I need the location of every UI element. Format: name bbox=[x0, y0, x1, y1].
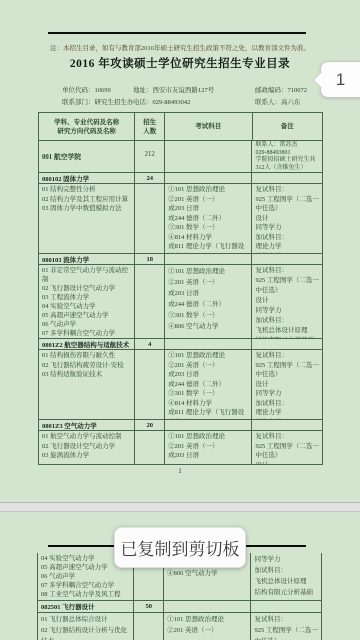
major-detail-airworthiness: 01 结构损伤容限与耐久性 02 飞行器结构疲劳设计·安检 03 结构适航验证技… bbox=[39, 350, 322, 420]
page-number: 1 bbox=[0, 467, 360, 475]
document-note: 注：本招生目录，如有与教育部2016年硕士研究生招生政策不符之处，以教育部文件为… bbox=[0, 43, 360, 52]
research-directions: 01 飞行器总体综合设计 02 飞行器结构设计分析与优化 技术 bbox=[38, 613, 134, 640]
major-name: 080103 流体力学 bbox=[39, 254, 135, 264]
header-count-col: 招生 人数 bbox=[135, 113, 165, 140]
header-count-line1: 招生 bbox=[135, 118, 164, 127]
header-remark-col: 备注 bbox=[253, 113, 323, 140]
research-directions: 01 结构损伤容限与耐久性 02 飞行器结构疲劳设计·安检 03 结构适航验证技… bbox=[39, 350, 135, 419]
exam-subjects: ①101 思想政治理论 ②201 英语（一） 或203 日语 或244 德语（二… bbox=[165, 265, 252, 338]
research-directions: 01 非定常空气动力学与流动控制 02 飞行器设计空气动力学 03 工程流体力学… bbox=[39, 265, 135, 338]
major-name: 082501 飞行器设计 bbox=[38, 601, 134, 612]
major-detail-aircraft-design: 01 飞行器总体综合设计 02 飞行器结构设计分析与优化 技术 ①101 思想政… bbox=[38, 613, 321, 640]
major-detail-fluid-mechanics: 01 非定常空气动力学与流动控制 02 飞行器设计空气动力学 03 工程流体力学… bbox=[39, 265, 322, 339]
research-directions: 01 结构完整性分析 02 结构力学及其工程应用计算 03 固体力学中数值模拟方… bbox=[39, 184, 135, 253]
major-row-fluid-mechanics: 080103 流体力学 18 bbox=[39, 254, 322, 265]
header-subject-line1: 学科、专业代码及名称 bbox=[39, 118, 134, 127]
major-name: 0801Z2 航空器结构与适航技术 bbox=[39, 339, 135, 349]
document-page-1[interactable]: 注：本招生目录，如有与教育部2016年硕士研究生招生政策不符之处，以教育部文件为… bbox=[0, 0, 360, 502]
document-title: 2016 年攻读硕士学位研究生招生专业目录 bbox=[0, 55, 360, 71]
scroller-page-label: 1 bbox=[336, 70, 345, 90]
major-count: 18 bbox=[135, 254, 165, 264]
unit-code: 单位代码：10699 bbox=[62, 85, 111, 94]
college-row: 001 航空学院 212 联系人：雷苏杰 029-88493801 学院拟招硕士… bbox=[39, 141, 322, 173]
major-count: 4 bbox=[135, 339, 165, 349]
major-row-aircraft-design: 082501 飞行器设计 50 bbox=[38, 601, 321, 613]
remarks: 复试科目： 925 工程图学（二选一中任选） 设计 bbox=[252, 431, 322, 464]
remarks: 复试科目： 925 工程图学（二选一中任选） 设计 同等学力 加试科目： 理论力… bbox=[252, 184, 322, 253]
major-name: 080102 固体力学 bbox=[39, 173, 135, 183]
major-row-aerodynamics: 0801Z3 空气动力学 20 bbox=[39, 420, 322, 431]
remarks: 复试科目： 925 工程图学（二选一中任选） 设计 同等学力 加试科目： 飞机总… bbox=[252, 265, 322, 338]
header-subject-col: 学科、专业代码及名称 研究方向代码及名称 bbox=[39, 113, 135, 140]
college-name: 001 航空学院 bbox=[39, 141, 135, 172]
header-subject-line2: 研究方向代码及名称 bbox=[39, 127, 134, 136]
phone: 电话：029-88493042 bbox=[133, 97, 190, 106]
major-row-solid-mechanics: 080102 固体力学 24 bbox=[39, 173, 322, 184]
major-row-airworthiness: 0801Z2 航空器结构与适航技术 4 bbox=[39, 339, 322, 350]
toast-message: 已复制到剪切板 bbox=[121, 535, 240, 560]
remarks: 复试科目： 925 工程图学（二选一中任选） bbox=[251, 613, 321, 640]
contact-person: 联系人：高六东 bbox=[255, 97, 301, 106]
header-rule bbox=[48, 32, 306, 34]
table-header-row: 学科、专业代码及名称 研究方向代码及名称 招生 人数 考试科目 备注 bbox=[39, 113, 322, 141]
major-count: 50 bbox=[134, 601, 164, 612]
exam-subjects: ①101 思想政治理论 ②201 英语（一） 或203 日语 bbox=[165, 431, 252, 464]
major-count: 20 bbox=[135, 420, 165, 430]
remarks: 同等学力 加试科目： 飞机总体设计原理 结构有限元分析基础 bbox=[251, 553, 321, 600]
page-separator bbox=[0, 502, 360, 512]
header-exam-col: 考试科目 bbox=[165, 113, 252, 140]
research-directions: 01 航空气动力学与流动控制 02 飞行器设计空气动力学 03 旋涡流体力学 bbox=[39, 431, 135, 464]
contact-dept: 联系部门：研究生招生办 bbox=[62, 97, 134, 106]
major-detail-solid-mechanics: 01 结构完整性分析 02 结构力学及其工程应用计算 03 固体力学中数值模拟方… bbox=[39, 184, 322, 254]
page-scroller-bubble[interactable]: 1 bbox=[320, 61, 360, 98]
postal-code: 邮政编码：710072 bbox=[255, 85, 307, 94]
remarks: 复试科目： 925 工程图学（二选一中任选） 设计 同等学力 加试科目： 理论力… bbox=[252, 350, 322, 419]
exam-subjects: ①101 思想政治理论 ②201 英语（一） bbox=[164, 613, 251, 640]
catalog-table: 学科、专业代码及名称 研究方向代码及名称 招生 人数 考试科目 备注 001 航… bbox=[38, 112, 323, 465]
major-count: 24 bbox=[135, 173, 165, 183]
header-count-line2: 人数 bbox=[135, 127, 164, 136]
clipboard-toast: 已复制到剪切板 bbox=[114, 527, 246, 568]
major-detail-aerodynamics: 01 航空气动力学与流动控制 02 飞行器设计空气动力学 03 旋涡流体力学 ①… bbox=[39, 431, 322, 464]
exam-subjects: ①101 思想政治理论 ②201 英语（一） 或203 日语 或244 德语（二… bbox=[165, 184, 252, 253]
major-name: 0801Z3 空气动力学 bbox=[39, 420, 135, 430]
exam-subjects: ①101 思想政治理论 ②201 英语（一） 或203 日语 或244 德语（二… bbox=[165, 350, 252, 419]
college-remark: 联系人：雷苏杰 029-88493801 学院拟招硕士研究生共 312人（含推免… bbox=[252, 141, 322, 172]
college-count: 212 bbox=[135, 141, 165, 172]
college-exam-cell bbox=[165, 141, 252, 172]
address: 地址：西安市友谊西路127号 bbox=[133, 85, 214, 94]
